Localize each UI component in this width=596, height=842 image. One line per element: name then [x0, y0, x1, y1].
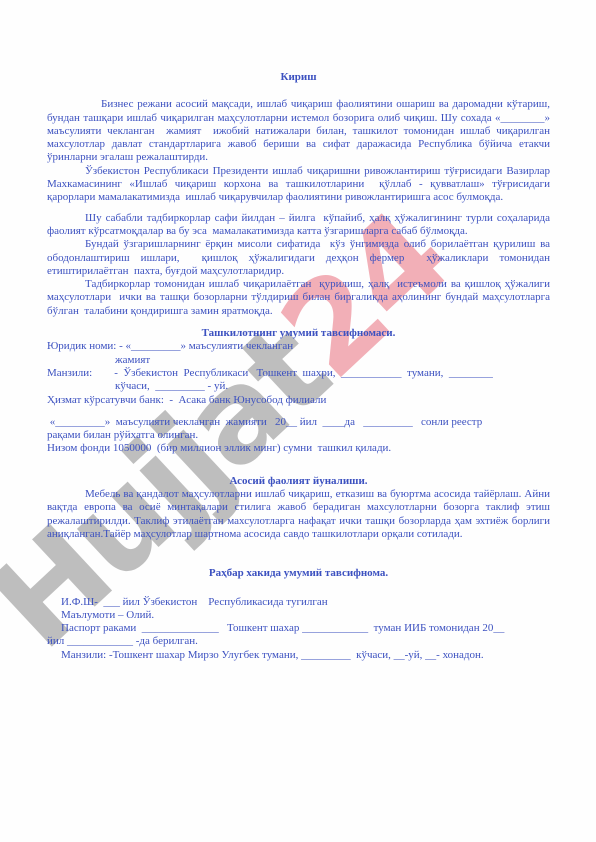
org-bank-line: Ҳизмат кўрсатувчи банк: - Асака банк Юну… — [47, 394, 550, 407]
org-legal-name-line: Юридик номи: - «_________» маъсулияти че… — [47, 340, 550, 353]
org-address-line-2: кўчаси, _________ - уй. — [47, 380, 550, 393]
intro-paragraph-1: Бизнес режани асосий мақсади, ишлаб чиқа… — [47, 98, 550, 164]
org-registry-line: «_________» маъсулияти чекланган жамияти… — [47, 416, 550, 429]
intro-paragraph-5: Тадбиркорлар томонидан ишлаб чиқарилаётг… — [47, 278, 550, 318]
document-content: Кириш Бизнес режани асосий мақсади, ишла… — [0, 0, 596, 662]
director-passport-line-2: йил ____________ -да берилган. — [47, 635, 550, 648]
director-education-line: Маълумоти – Олий. — [47, 609, 550, 622]
org-registry-line-2: рақами билан рўйхатга олинган. — [47, 429, 550, 442]
org-address-line: Манзили: - Ўзбекистон Республикаси Тошке… — [47, 367, 550, 380]
section-heading-organization: Ташкилотнинг умумий тавсифномаси. — [47, 327, 550, 340]
org-legal-name-line-2: жамият — [47, 354, 550, 367]
director-name-line: И.Ф.Ш- ___ йил Ўзбекистон Республикасида… — [47, 596, 550, 609]
section-heading-activity: Асосий фаолият йуналиши. — [47, 475, 550, 488]
org-charter-fund-line: Низом фонди 1050000 (бир миллион эллик м… — [47, 442, 550, 455]
document-page: Hujjat24 Кириш Бизнес режани асосий мақс… — [0, 0, 596, 842]
intro-paragraph-3: Шу сабабли тадбиркорлар сафи йилдан – йи… — [47, 212, 550, 239]
director-address-line: Манзили: -Тошкент шахар Мирзо Улугбек ту… — [47, 649, 550, 662]
intro-paragraph-4: Бундай ўзгаришларнинг ёрқин мисоли сифат… — [47, 238, 550, 278]
activity-paragraph: Мебель ва қандалот маҳсулотларни ишлаб ч… — [47, 488, 550, 541]
intro-paragraph-2: Ўзбекистон Республикаси Президенти ишлаб… — [47, 165, 550, 205]
section-heading-director: Раҳбар хакида умумий тавсифнома. — [47, 567, 550, 580]
document-title: Кириш — [47, 71, 550, 84]
director-passport-line: Паспорт раками ______________ Тошкент ша… — [47, 622, 550, 635]
